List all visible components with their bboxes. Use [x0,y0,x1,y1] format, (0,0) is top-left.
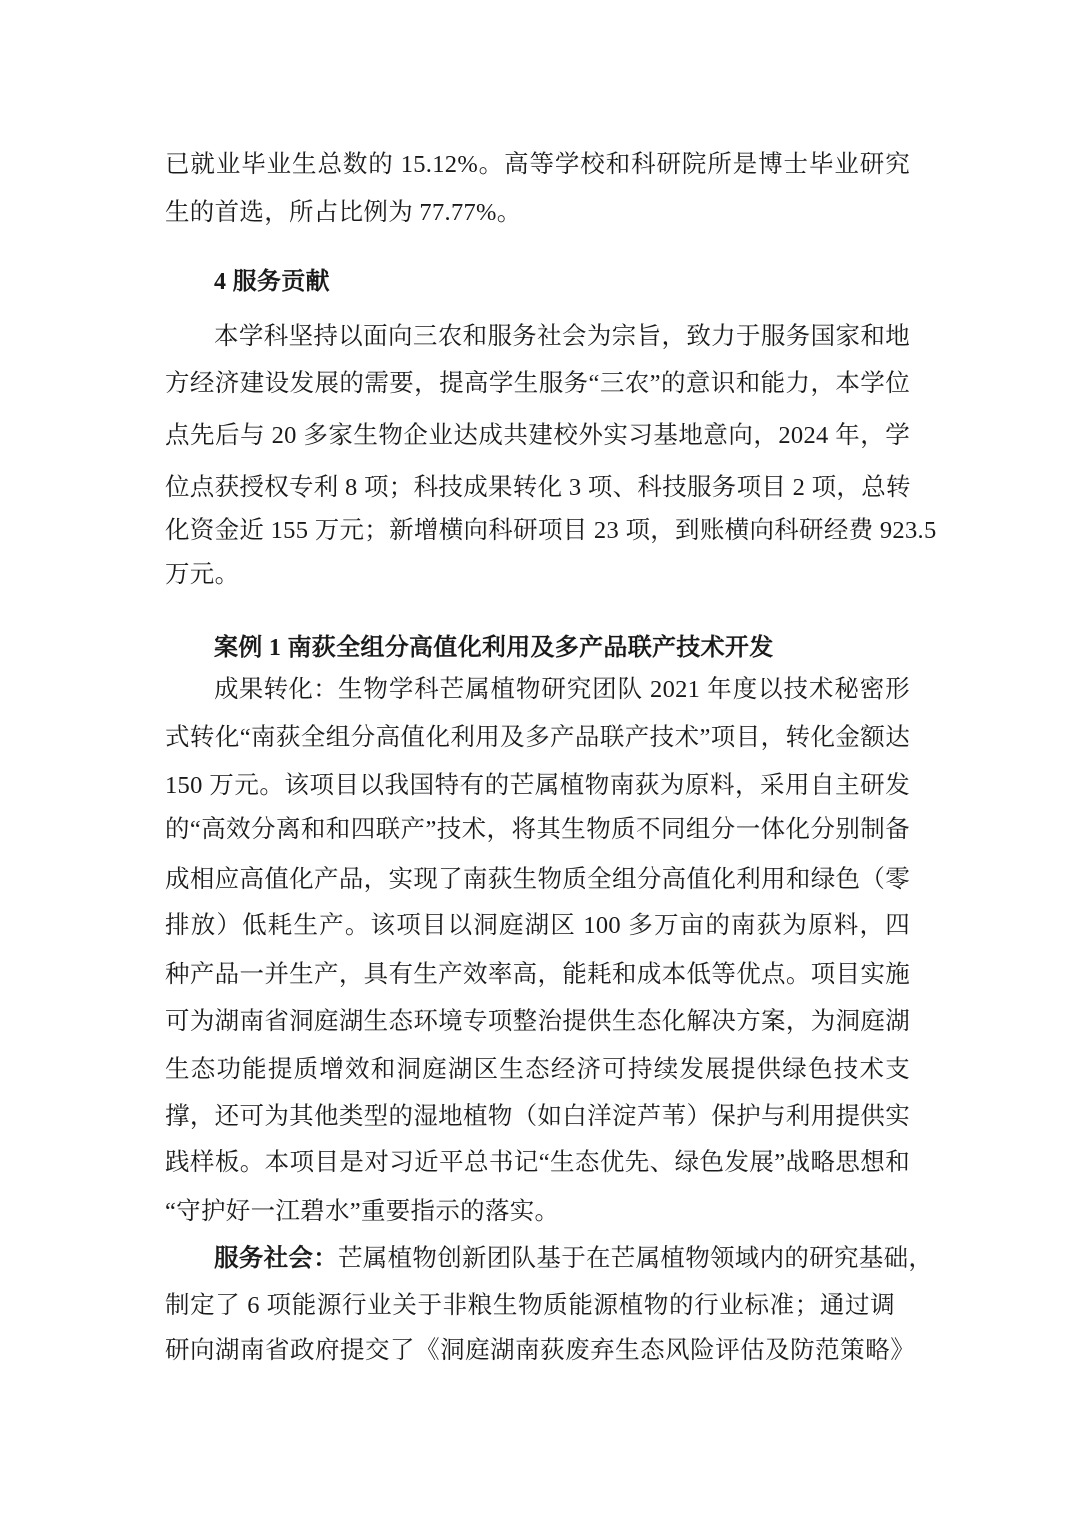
section-heading: 4 服务贡献 [214,267,959,297]
paragraph-line: 可为湖南省洞庭湖生态环境专项整治提供生态化解决方案，为洞庭湖 [165,1007,910,1037]
paragraph-line: 化资金近 155 万元；新增横向科研项目 23 项，到账横向科研经费 923.5 [165,516,910,546]
paragraph-line: 制定了 6 项能源行业关于非粮生物质能源植物的行业标准；通过调 [165,1291,895,1321]
case-heading: 案例 1 南荻全组分高值化利用及多产品联产技术开发 [214,633,959,663]
paragraph-line: 研向湖南省政府提交了《洞庭湖南荻废弃生态风险评估及防范策略》 [165,1336,915,1366]
paragraph-line: 撑，还可为其他类型的湿地植物（如白洋淀芦苇）保护与利用提供实 [165,1102,910,1132]
paragraph-text: 生物学科芒属植物研究团队 2021 年度以技术秘密形 [338,675,910,705]
paragraph-line: 成相应高值化产品，实现了南荻生物质全组分高值化利用和绿色（零 [165,865,910,895]
paragraph-line: 方经济建设发展的需要，提高学生服务“三农”的意识和能力，本学位 [165,369,910,399]
paragraph-line: 排放）低耗生产。该项目以洞庭湖区 100 多万亩的南荻为原料，四 [165,911,910,941]
paragraph-line: 150 万元。该项目以我国特有的芒属植物南荻为原料，采用自主研发 [165,771,910,801]
paragraph-line: 已就业毕业生总数的 15.12%。高等学校和科研院所是博士毕业研究 [165,150,910,180]
paragraph-line: 的“高效分离和和四联产”技术，将其生物质不同组分一体化分别制备 [165,815,910,845]
paragraph-line: 种产品一并生产，具有生产效率高，能耗和成本低等优点。项目实施 [165,960,910,990]
paragraph-line: “守护好一江碧水”重要指示的落实。 [165,1197,910,1227]
paragraph-line: 点先后与 20 多家生物企业达成共建校外实习基地意向，2024 年，学 [165,421,910,451]
paragraph-line: 服务社会：芒属植物创新团队基于在芒属植物领域内的研究基础， [214,1244,924,1274]
paragraph-line: 式转化“南荻全组分高值化利用及多产品联产技术”项目，转化金额达 [165,723,910,753]
document-page: 已就业毕业生总数的 15.12%。高等学校和科研院所是博士毕业研究 生的首选，所… [0,0,1074,1520]
paragraph-line: 成果转化：生物学科芒属植物研究团队 2021 年度以技术秘密形 [214,675,910,705]
paragraph-line: 本学科坚持以面向三农和服务社会为宗旨，致力于服务国家和地 [214,322,910,352]
achievement-label: 成果转化： [214,675,338,705]
paragraph-line: 生的首选，所占比例为 77.77%。 [165,198,910,228]
paragraph-line: 位点获授权专利 8 项；科技成果转化 3 项、科技服务项目 2 项，总转 [165,473,910,503]
paragraph-line: 践样板。本项目是对习近平总书记“生态优先、绿色发展”战略思想和 [165,1148,910,1178]
paragraph-text: 芒属植物创新团队基于在芒属植物领域内的研究基础， [338,1244,933,1274]
paragraph-line: 万元。 [165,560,910,590]
paragraph-line: 生态功能提质增效和洞庭湖区生态经济可持续发展提供绿色技术支 [165,1055,910,1085]
service-label: 服务社会： [214,1244,338,1274]
